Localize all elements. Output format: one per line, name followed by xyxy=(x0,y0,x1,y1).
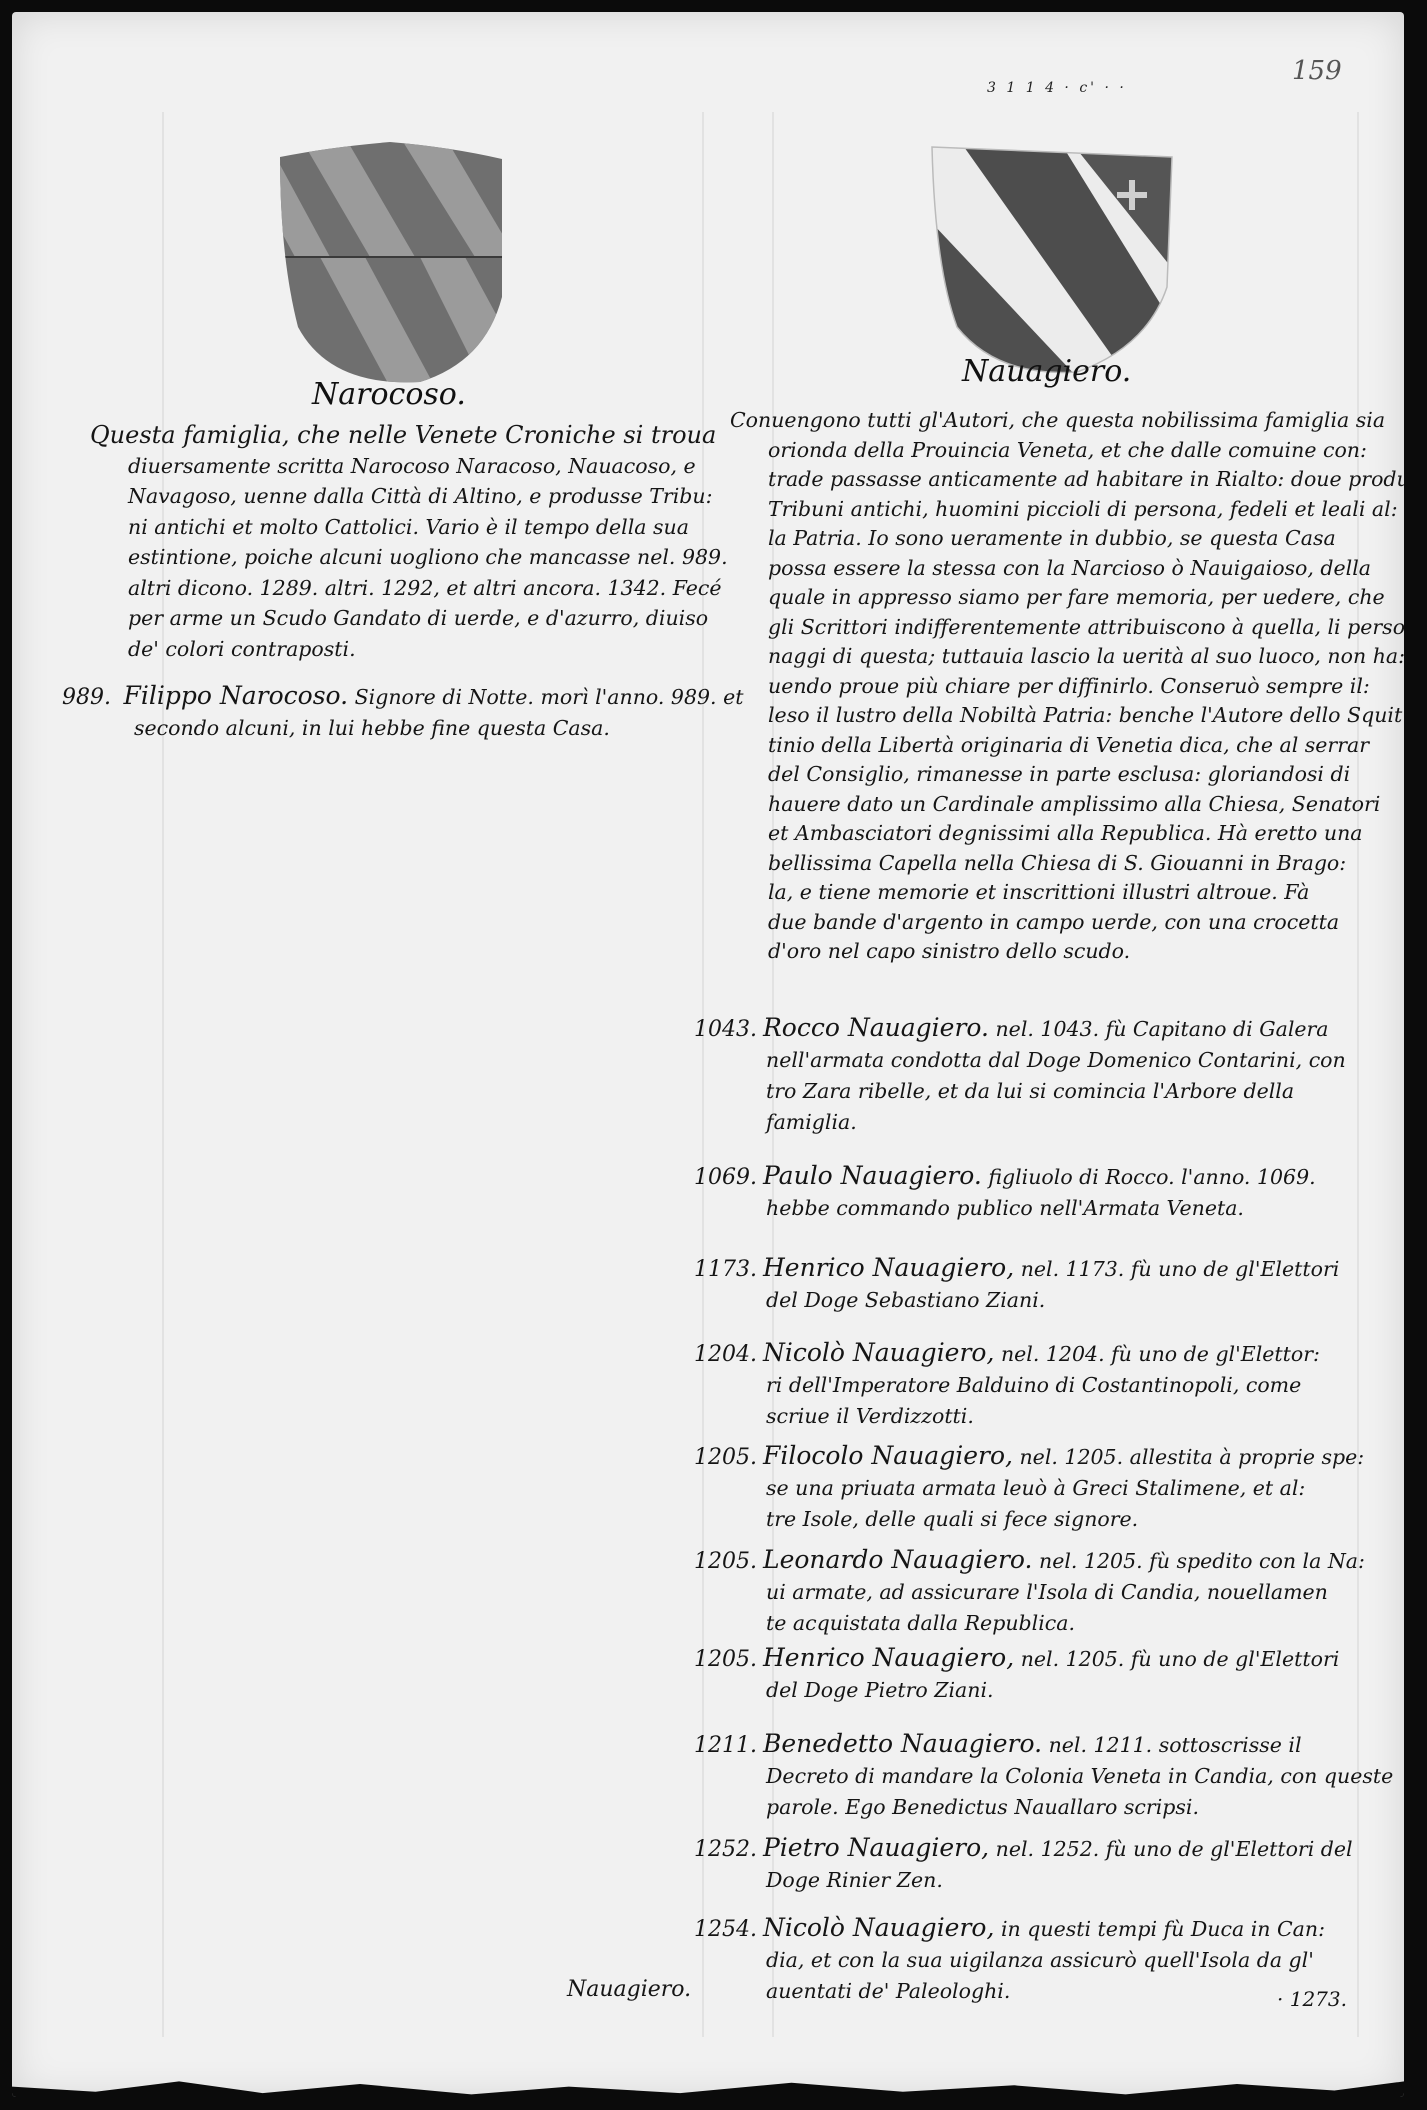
text-line: de' colori contraposti. xyxy=(90,634,728,665)
entry-continuation: Doge Rinier Zen. xyxy=(694,1865,1353,1896)
text-line: estintione, poiche alcuni uogliono che m… xyxy=(90,542,728,573)
text-line: Questa famiglia, che nelle Venete Cronic… xyxy=(90,420,728,451)
entry-continuation: tre Isole, delle quali si fece signore. xyxy=(694,1504,1364,1535)
genealogy-entry: 1204.Nicolò Nauagiero, nel. 1204. fù uno… xyxy=(694,1337,1320,1432)
entry-text: figliuolo di Rocco. l'anno. 1069. xyxy=(988,1165,1315,1189)
text-line: due bande d'argento in campo uerde, con … xyxy=(730,908,1404,938)
text-line: la Patria. Io sono ueramente in dubbio, … xyxy=(730,524,1404,554)
genealogy-entry: 1252.Pietro Nauagiero, nel. 1252. fù uno… xyxy=(694,1832,1353,1896)
entry-name: Nicolò Nauagiero, xyxy=(763,1913,994,1942)
text-line: hauere dato un Cardinale amplissimo alla… xyxy=(730,790,1404,820)
entry-text: Signore di Notte. morì l'anno. 989. et xyxy=(355,685,744,709)
text-line: trade passasse anticamente ad habitare i… xyxy=(730,465,1404,495)
entry-continuation: dia, et con la sua uigilanza assicurò qu… xyxy=(694,1945,1325,1976)
entry-year: 1204. xyxy=(694,1342,757,1367)
text-line: Tribuni antichi, huomini piccioli di per… xyxy=(730,495,1404,525)
text-line: d'oro nel capo sinistro dello scudo. xyxy=(730,937,1404,967)
text-line: naggi di questa; tuttauia lascio la ueri… xyxy=(730,642,1404,672)
entry-name: Rocco Nauagiero. xyxy=(763,1013,989,1042)
text-line: uendo proue più chiare per diffinirlo. C… xyxy=(730,672,1404,702)
entry-year: 1211. xyxy=(694,1733,757,1758)
entry-text: nel. 1205. fù uno de gl'Elettori xyxy=(1021,1647,1340,1671)
entry-continuation: Decreto di mandare la Colonia Veneta in … xyxy=(694,1761,1393,1792)
entry-continuation: tro Zara ribelle, et da lui si comincia … xyxy=(694,1076,1346,1107)
text-line: Navagoso, uenne dalla Città di Altino, e… xyxy=(90,481,728,512)
entry-continuation: nell'armata condotta dal Doge Domenico C… xyxy=(694,1045,1346,1076)
text-line: Conuengono tutti gl'Autori, che questa n… xyxy=(730,406,1404,436)
genealogy-entry: 1211.Benedetto Nauagiero. nel. 1211. sot… xyxy=(694,1728,1393,1823)
folio-marks: 3 1 1 4 · c' · · xyxy=(987,80,1127,96)
entry-year: 1205. xyxy=(694,1549,757,1574)
text-line: gli Scrittori indifferentemente attribui… xyxy=(730,613,1404,643)
genealogy-entry: 1069.Paulo Nauagiero. figliuolo di Rocco… xyxy=(694,1160,1316,1224)
entry-name: Paulo Nauagiero. xyxy=(763,1161,982,1190)
entry-continuation: del Doge Sebastiano Ziani. xyxy=(694,1285,1339,1316)
torn-page-edge xyxy=(12,2071,1404,2097)
entry-text: in questi tempi fù Duca in Can: xyxy=(1001,1917,1325,1941)
text-line: leso il lustro della Nobiltà Patria: ben… xyxy=(730,701,1404,731)
entry-continuation: auentati de' Paleologhi. xyxy=(694,1976,1325,2007)
text-line: altri dicono. 1289. altri. 1292, et altr… xyxy=(90,573,728,604)
entry-year: 1173. xyxy=(694,1257,757,1282)
text-line: del Consiglio, rimanesse in parte esclus… xyxy=(730,760,1404,790)
text-line: possa essere la stessa con la Narcioso ò… xyxy=(730,554,1404,584)
entry-continuation: ri dell'Imperatore Balduino di Costantin… xyxy=(694,1370,1320,1401)
genealogy-entry: 1254.Nicolò Nauagiero, in questi tempi f… xyxy=(694,1912,1325,2007)
nauagiero-description: Conuengono tutti gl'Autori, che questa n… xyxy=(730,406,1404,967)
family-title-narocoso: Narocoso. xyxy=(312,377,466,412)
entry-text: nel. 1204. fù uno de gl'Elettor: xyxy=(1001,1342,1320,1366)
text-line: quale in appresso siamo per fare memoria… xyxy=(730,583,1404,613)
text-line: et Ambasciatori degnissimi alla Republic… xyxy=(730,819,1404,849)
entry-continuation: famiglia. xyxy=(694,1107,1346,1138)
entry-continuation: secondo alcuni, in lui hebbe fine questa… xyxy=(62,713,743,744)
entry-year: 1043. xyxy=(694,1017,757,1042)
genealogy-entry: 1205.Henrico Nauagiero, nel. 1205. fù un… xyxy=(694,1642,1339,1706)
entry-continuation: parole. Ego Benedictus Nauallaro scripsi… xyxy=(694,1792,1393,1823)
entry-year: 1254. xyxy=(694,1917,757,1942)
entry-name: Henrico Nauagiero, xyxy=(763,1253,1014,1282)
entry-text: nel. 1205. fù spedito con la Na: xyxy=(1039,1549,1365,1573)
family-title-nauagiero: Nauagiero. xyxy=(962,354,1131,389)
entry-year: 1205. xyxy=(694,1647,757,1672)
entry-text: nel. 1211. sottoscrisse il xyxy=(1049,1733,1302,1757)
text-line: per arme un Scudo Gandato di uerde, e d'… xyxy=(90,603,728,634)
fold-line xyxy=(162,112,164,2037)
genealogy-entry: 1043.Rocco Nauagiero. nel. 1043. fù Capi… xyxy=(694,1012,1346,1138)
entry-name: Filippo Narocoso. xyxy=(124,681,349,710)
entry-continuation: te acquistata dalla Republica. xyxy=(694,1608,1365,1639)
text-line: bellissima Capella nella Chiesa di S. Gi… xyxy=(730,849,1404,879)
entry-year: 989. xyxy=(62,685,111,710)
nauagiero-coat-of-arms-icon xyxy=(917,137,1187,377)
entry-name: Pietro Nauagiero, xyxy=(763,1833,989,1862)
text-line: la, e tiene memorie et inscrittioni illu… xyxy=(730,878,1404,908)
entry-name: Henrico Nauagiero, xyxy=(763,1643,1014,1672)
text-line: orionda della Prouincia Veneta, et che d… xyxy=(730,436,1404,466)
entry-continuation: scriue il Verdizzotti. xyxy=(694,1401,1320,1432)
genealogy-entry: 989. Filippo Narocoso. Signore di Notte.… xyxy=(62,680,743,744)
entry-continuation: ui armate, ad assicurare l'Isola di Cand… xyxy=(694,1577,1365,1608)
manuscript-page: 3 1 1 4 · c' · · 159 xyxy=(12,12,1404,2097)
entry-continuation: hebbe commando publico nell'Armata Venet… xyxy=(694,1193,1316,1224)
narocoso-coat-of-arms-icon xyxy=(270,137,510,387)
entry-text: nel. 1205. allestita à proprie spe: xyxy=(1019,1445,1364,1469)
entry-name: Nicolò Nauagiero, xyxy=(763,1338,994,1367)
entry-text: nel. 1173. fù uno de gl'Elettori xyxy=(1021,1257,1340,1281)
entry-name: Benedetto Nauagiero. xyxy=(763,1729,1042,1758)
text-line: ni antichi et molto Cattolici. Vario è i… xyxy=(90,512,728,543)
narocoso-description: Questa famiglia, che nelle Venete Cronic… xyxy=(90,420,728,664)
entry-year: 1069. xyxy=(694,1165,757,1190)
genealogy-entry: 1205.Leonardo Nauagiero. nel. 1205. fù s… xyxy=(694,1544,1365,1639)
entry-name: Leonardo Nauagiero. xyxy=(763,1545,1033,1574)
genealogy-entry: 1205.Filocolo Nauagiero, nel. 1205. alle… xyxy=(694,1440,1364,1535)
entry-year: 1205. xyxy=(694,1445,757,1470)
entry-name: Filocolo Nauagiero, xyxy=(763,1441,1013,1470)
text-line: tinio della Libertà originaria di Veneti… xyxy=(730,731,1404,761)
page-end-number: · 1273. xyxy=(1277,1987,1347,2011)
folio-number: 159 xyxy=(1292,56,1342,86)
entry-text: nel. 1252. fù uno de gl'Elettori del xyxy=(996,1837,1353,1861)
catchword: Nauagiero. xyxy=(567,1977,691,2002)
genealogy-entry: 1173.Henrico Nauagiero, nel. 1173. fù un… xyxy=(694,1252,1339,1316)
entry-year: 1252. xyxy=(694,1837,757,1862)
entry-continuation: del Doge Pietro Ziani. xyxy=(694,1675,1339,1706)
text-line: diuersamente scritta Narocoso Naracoso, … xyxy=(90,451,728,482)
entry-continuation: se una priuata armata leuò à Greci Stali… xyxy=(694,1473,1364,1504)
entry-text: nel. 1043. fù Capitano di Galera xyxy=(995,1017,1328,1041)
